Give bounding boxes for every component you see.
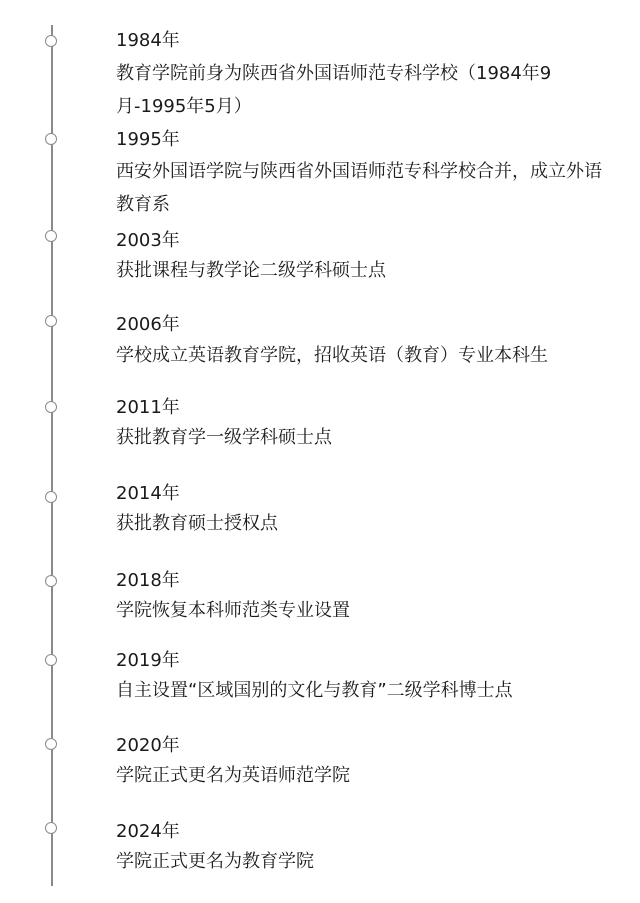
timeline-axis bbox=[51, 25, 53, 886]
event-description: 自主设置“区域国别的文化与教育”二级学科博士点 bbox=[116, 674, 606, 707]
event-year: 2019年 bbox=[116, 649, 180, 673]
event-year: 2018年 bbox=[116, 569, 180, 593]
event-description: 获批教育硕士授权点 bbox=[116, 507, 606, 540]
timeline-node-icon bbox=[45, 401, 57, 413]
event-description: 学院正式更名为英语师范学院 bbox=[116, 759, 606, 792]
timeline-node-icon bbox=[45, 35, 57, 47]
event-year: 2020年 bbox=[116, 734, 180, 758]
timeline-node-icon bbox=[45, 738, 57, 750]
event-description: 西安外国语学院与陕西省外国语师范专科学校合并，成立外语教育系 bbox=[116, 155, 606, 221]
event-description: 教育学院前身为陕西省外国语师范专科学校（1984年9月-1995年5月） bbox=[116, 57, 606, 123]
event-year: 2024年 bbox=[116, 820, 180, 844]
event-description: 获批课程与教学论二级学科硕士点 bbox=[116, 254, 606, 287]
timeline-node-icon bbox=[45, 491, 57, 503]
event-year: 1984年 bbox=[116, 29, 180, 53]
event-description: 获批教育学一级学科硕士点 bbox=[116, 421, 606, 454]
event-year: 2011年 bbox=[116, 396, 180, 420]
event-year: 2003年 bbox=[116, 229, 180, 253]
event-description: 学校成立英语教育学院，招收英语（教育）专业本科生 bbox=[116, 339, 606, 372]
timeline-node-icon bbox=[45, 654, 57, 666]
timeline-node-icon bbox=[45, 315, 57, 327]
event-description: 学院正式更名为教育学院 bbox=[116, 845, 606, 878]
timeline-node-icon bbox=[45, 230, 57, 242]
timeline-node-icon bbox=[45, 575, 57, 587]
timeline-node-icon bbox=[45, 133, 57, 145]
event-year: 1995年 bbox=[116, 128, 180, 152]
timeline-node-icon bbox=[45, 822, 57, 834]
event-description: 学院恢复本科师范类专业设置 bbox=[116, 594, 606, 627]
event-year: 2006年 bbox=[116, 313, 180, 337]
event-year: 2014年 bbox=[116, 482, 180, 506]
